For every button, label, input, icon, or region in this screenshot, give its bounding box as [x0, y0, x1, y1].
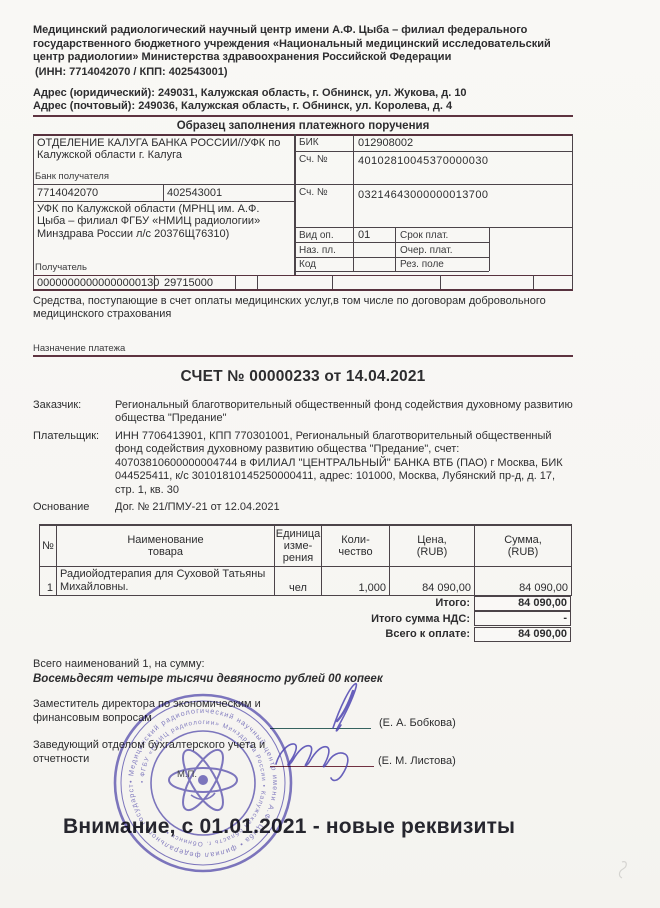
table-line	[572, 134, 573, 289]
payment-requisites-table: ОТДЕЛЕНИЕ КАЛУГА БАНКА РОССИИ//УФК по Ка…	[33, 134, 573, 290]
purpose-text: Средства, поступающие в счет оплаты меди…	[33, 295, 563, 321]
oktmo-value: 29715000	[164, 277, 213, 290]
recipient-name: УФК по Калужской области (МРНЦ им. А.Ф. …	[37, 203, 289, 241]
invoice-page: Медицинский радиологический научный цент…	[33, 24, 573, 839]
col-unit: Единица изме- рения	[275, 526, 322, 567]
table-line	[33, 134, 573, 136]
signatures-block: Заместитель директора по экономическим и…	[33, 695, 573, 791]
total-label: Итого:	[41, 597, 474, 609]
recipient-label: Получатель	[35, 262, 87, 275]
signature1-stroke	[337, 691, 353, 721]
bik-label: БИК	[299, 137, 319, 150]
rez-pole-label: Рез. поле	[400, 259, 444, 272]
item-sum: 84 090,00	[475, 567, 572, 596]
table-line	[294, 227, 573, 228]
basis-value: Дог. № 21/ПМУ-21 от 12.04.2021	[115, 501, 573, 515]
due-label: Всего к оплате:	[41, 628, 474, 640]
item-qty: 1,000	[322, 567, 390, 596]
col-price: Цена, (RUB)	[390, 526, 475, 567]
col-qty: Коли- чество	[322, 526, 390, 567]
vat-label: Итого сумма НДС:	[41, 613, 474, 625]
table-line	[257, 275, 258, 289]
signatures-ink	[33, 681, 573, 791]
table-line	[395, 227, 396, 271]
acc1-value: 40102810045370000030	[358, 155, 488, 168]
table-line	[33, 184, 573, 186]
inn-value: 7714042070	[37, 187, 98, 200]
table-line	[294, 271, 489, 272]
stamp-mp-label: М.П.	[177, 769, 197, 780]
col-sum: Сумма, (RUB)	[475, 526, 572, 567]
payer-value: ИНН 7706413901, КПП 770301001, Региональ…	[115, 430, 573, 498]
kpp-value: 402543001	[167, 187, 222, 200]
table-line	[294, 151, 573, 152]
acc1-label: Сч. №	[299, 154, 328, 167]
address-block: Адрес (юридический): 249031, Калужская о…	[33, 87, 573, 117]
table-line	[294, 134, 296, 275]
item-unit: чел	[275, 567, 322, 596]
acc2-label: Сч. №	[299, 187, 328, 200]
col-name: Наименование товара	[57, 526, 275, 567]
item-num: 1	[40, 567, 57, 596]
due-value: 84 090,00	[474, 627, 571, 642]
payment-sample-title: Образец заполнения платежного поручения	[33, 120, 573, 132]
vat-value: -	[474, 611, 571, 626]
payer-label: Плательщик:	[33, 430, 115, 498]
table-line	[235, 275, 236, 289]
items-count-line: Всего наименований 1, на сумму:	[33, 658, 573, 670]
item-name: Радиойодтерапия для Суховой Татьяны Миха…	[57, 567, 275, 596]
purpose-rule	[33, 355, 573, 357]
org-inn-kpp: (ИНН: 7714042070 / КПП: 402543001)	[33, 66, 573, 79]
table-line	[163, 184, 164, 201]
srok-plat-label: Срок плат.	[400, 230, 448, 243]
items-table: № Наименование товара Единица изме- рени…	[39, 524, 572, 596]
table-line	[33, 201, 294, 202]
invoice-title: СЧЕТ № 00000233 от 14.04.2021	[33, 368, 573, 386]
purpose-label: Назначение платежа	[33, 343, 573, 354]
bank-label: Банк получателя	[35, 171, 109, 184]
ocher-plat-label: Очер. плат.	[400, 245, 453, 258]
bank-name: ОТДЕЛЕНИЕ КАЛУГА БАНКА РОССИИ//УФК по Ка…	[37, 137, 289, 162]
table-line	[533, 275, 534, 289]
naz-pl-label: Наз. пл.	[299, 245, 336, 258]
table-line	[33, 134, 34, 289]
col-num: №	[40, 526, 57, 567]
vid-op-value: 01	[358, 229, 370, 242]
basis-label: Основание	[33, 501, 115, 515]
customer-label: Заказчик:	[33, 399, 115, 426]
attention-line: Внимание, с 01.01.2021 - новые реквизиты	[33, 815, 573, 839]
vid-op-label: Вид оп.	[299, 230, 334, 243]
bik-value: 012908002	[358, 137, 413, 150]
table-row: 1 Радиойодтерапия для Суховой Татьяны Ми…	[40, 567, 572, 596]
table-line	[332, 275, 333, 289]
address-postal: Адрес (почтовый): 249036, Калужская обла…	[33, 100, 573, 113]
table-line	[489, 227, 490, 271]
totals-block: Итого: 84 090,00 Итого сумма НДС: - Всег…	[33, 596, 571, 643]
table-line	[440, 275, 441, 289]
signature2-stroke	[276, 744, 348, 780]
table-line	[353, 134, 354, 271]
acc2-value: 03214643000000013700	[358, 189, 488, 202]
items-header-row: № Наименование товара Единица изме- рени…	[40, 526, 572, 567]
customer-value: Региональный благотворительный обществен…	[115, 399, 573, 426]
total-value: 84 090,00	[474, 596, 571, 611]
org-name: Медицинский радиологический научный цент…	[33, 24, 573, 65]
parties-block: Заказчик: Региональный благотворительный…	[33, 399, 573, 515]
scan-artifact	[612, 858, 632, 882]
item-price: 84 090,00	[390, 567, 475, 596]
kod-label: Код	[299, 259, 316, 272]
address-legal: Адрес (юридический): 249031, Калужская о…	[33, 87, 573, 100]
kbk-value: 00000000000000000130	[37, 277, 159, 290]
